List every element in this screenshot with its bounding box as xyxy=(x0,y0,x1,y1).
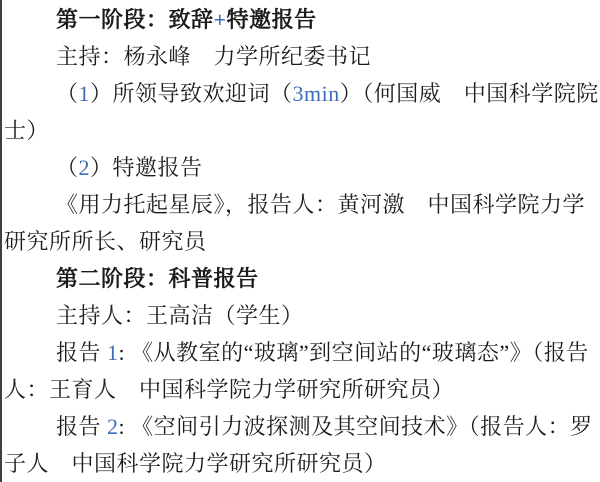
text-run: 《用力托起星辰》，报告人：黄河激 中国科学院力学研究所所长、研究员 xyxy=(4,192,585,254)
text-run: 报告 xyxy=(56,414,107,439)
document-text-area[interactable]: 第一阶段：致辞+特邀报告主持：杨永峰 力学所纪委书记（1）所领导致欢迎词（3mi… xyxy=(0,0,600,482)
stage-2-heading: 第二阶段：科普报告 xyxy=(4,260,600,297)
text-run: 主持：杨永峰 力学所纪委书记 xyxy=(56,44,371,69)
text-run: 特邀报告 xyxy=(227,7,317,32)
report-1: 报告 1: 《从教室的“玻璃”到空间站的“玻璃态”》（报告人：王育人 中国科学院… xyxy=(4,334,600,408)
text-run: ）特邀报告 xyxy=(90,155,203,180)
text-run: 第一阶段：致辞 xyxy=(56,7,214,32)
text-run: （ xyxy=(56,81,79,106)
item-2-invited-report: （2）特邀报告 xyxy=(4,149,600,186)
text-run-accent: 1 xyxy=(79,81,91,106)
stage-1-host: 主持：杨永峰 力学所纪委书记 xyxy=(4,38,600,75)
document-page: 第一阶段：致辞+特邀报告主持：杨永峰 力学所纪委书记（1）所领导致欢迎词（3mi… xyxy=(0,0,600,482)
text-run: （ xyxy=(56,155,79,180)
invited-report-detail: 《用力托起星辰》，报告人：黄河激 中国科学院力学研究所所长、研究员 xyxy=(4,186,600,260)
stage-2-host: 主持人：王高洁（学生） xyxy=(4,297,600,334)
text-run: 主持人：王高洁（学生） xyxy=(56,303,304,328)
text-run-accent: 3min xyxy=(293,81,340,106)
text-run-accent: 1 xyxy=(107,340,119,365)
text-run-accent: 2 xyxy=(79,155,91,180)
text-run: ）所领导致欢迎词（ xyxy=(90,81,293,106)
stage-1-heading: 第一阶段：致辞+特邀报告 xyxy=(4,1,600,38)
text-run: 报告 xyxy=(56,340,107,365)
text-run: 第二阶段：科普报告 xyxy=(56,266,259,291)
item-1-welcome-speech: （1）所领导致欢迎词（3min）（何国威 中国科学院院士） xyxy=(4,75,600,149)
report-2: 报告 2: 《空间引力波探测及其空间技术》（报告人：罗子人 中国科学院力学研究所… xyxy=(4,408,600,482)
text-run-accent: 2 xyxy=(107,414,119,439)
text-run-accent: + xyxy=(214,7,227,32)
